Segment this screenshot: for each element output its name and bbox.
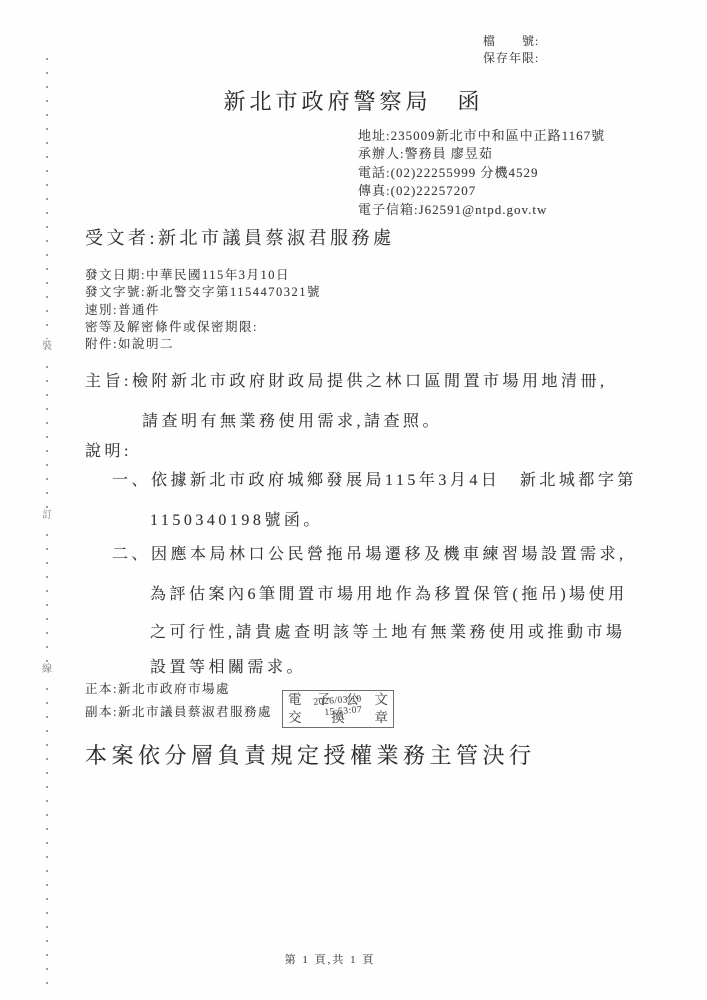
- sender-email: 電子信箱:J62591@ntpd.gov.tw: [358, 201, 605, 219]
- copies-cc: 副本:新北市議員蔡淑君服務處: [85, 701, 272, 724]
- issue-metadata-block: 發文日期:中華民國115年3月10日 發文字號:新北警交字第1154470321…: [85, 267, 321, 353]
- recipient-line: 受文者:新北市議員蔡淑君服務處: [85, 227, 395, 250]
- item1-text: 依據新北市政府城鄉發展局115年3月4日 新北城都字第: [151, 472, 637, 489]
- decision-authorization-statement: 本案依分層負責規定授權業務主管決行: [85, 742, 536, 770]
- copies-block: 正本:新北市政府市場處 副本:新北市議員蔡淑君服務處: [85, 678, 272, 723]
- item2-text: 因應本局林口公民營拖吊場遷移及機車練習場設置需求,: [151, 546, 627, 563]
- retention-label: 保存年限:: [483, 50, 539, 67]
- explanation-item2-line2: 為評估案內6筆閒置市場用地作為移置保管(拖吊)場使用: [150, 585, 628, 604]
- binding-mark-xian: 線: [40, 662, 54, 678]
- explanation-item1-line2: 1150340198號函。: [150, 511, 323, 530]
- document-title: 新北市政府警察局 函: [0, 88, 707, 116]
- sender-address: 地址:235009新北市中和區中正路1167號: [358, 127, 605, 145]
- archive-no-label: 檔 號:: [483, 33, 539, 50]
- item1-number: 一、: [112, 472, 151, 489]
- issue-doc-number: 發文字號:新北警交字第1154470321號: [85, 284, 321, 301]
- explanation-item2-line1: 二、因應本局林口公民營拖吊場遷移及機車練習場設置需求,: [112, 545, 627, 564]
- e-document-exchange-stamp: 電子公文 交換章 2026/03/10 15:53:07: [282, 690, 394, 728]
- copies-original: 正本:新北市政府市場處: [85, 678, 272, 701]
- binding-mark-ding: 訂: [40, 508, 54, 524]
- attachment-note: 附件:如說明二: [85, 336, 321, 353]
- explanation-item1-line1: 一、依據新北市政府城鄉發展局115年3月4日 新北城都字第: [112, 471, 637, 490]
- sender-info-block: 地址:235009新北市中和區中正路1167號 承辦人:警務員 廖昱茹 電話:(…: [358, 127, 605, 219]
- page-footer: 第 1 頁,共 1 頁: [0, 954, 660, 968]
- security-class: 密等及解密條件或保密期限:: [85, 319, 321, 336]
- sender-officer: 承辦人:警務員 廖昱茹: [358, 145, 605, 163]
- sender-fax: 傳真:(02)22257207: [358, 182, 605, 200]
- document-page: 裝 訂 線 檔 號: 保存年限: 新北市政府警察局 函 地址:235009新北市…: [0, 0, 707, 1000]
- archive-header: 檔 號: 保存年限:: [483, 33, 539, 67]
- subject-line-2: 請查明有無業務使用需求,請查照。: [142, 412, 442, 431]
- sender-phone: 電話:(02)22255999 分機4529: [358, 164, 605, 182]
- explanation-label: 說明:: [85, 442, 132, 461]
- binding-mark-zhuang: 裝: [40, 339, 54, 355]
- issue-date: 發文日期:中華民國115年3月10日: [85, 267, 321, 284]
- subject-label: 主旨:: [85, 373, 132, 390]
- subject-line-1: 主旨:檢附新北市政府財政局提供之林口區閒置市場用地清冊,: [85, 372, 607, 391]
- speed-class: 速別:普通件: [85, 302, 321, 319]
- subject-text: 檢附新北市政府財政局提供之林口區閒置市場用地清冊,: [132, 373, 608, 390]
- explanation-item2-line3: 之可行性,請貴處查明該等土地有無業務使用或推動市場: [150, 623, 626, 642]
- explanation-item2-line4: 設置等相關需求。: [150, 658, 306, 677]
- item2-number: 二、: [112, 546, 151, 563]
